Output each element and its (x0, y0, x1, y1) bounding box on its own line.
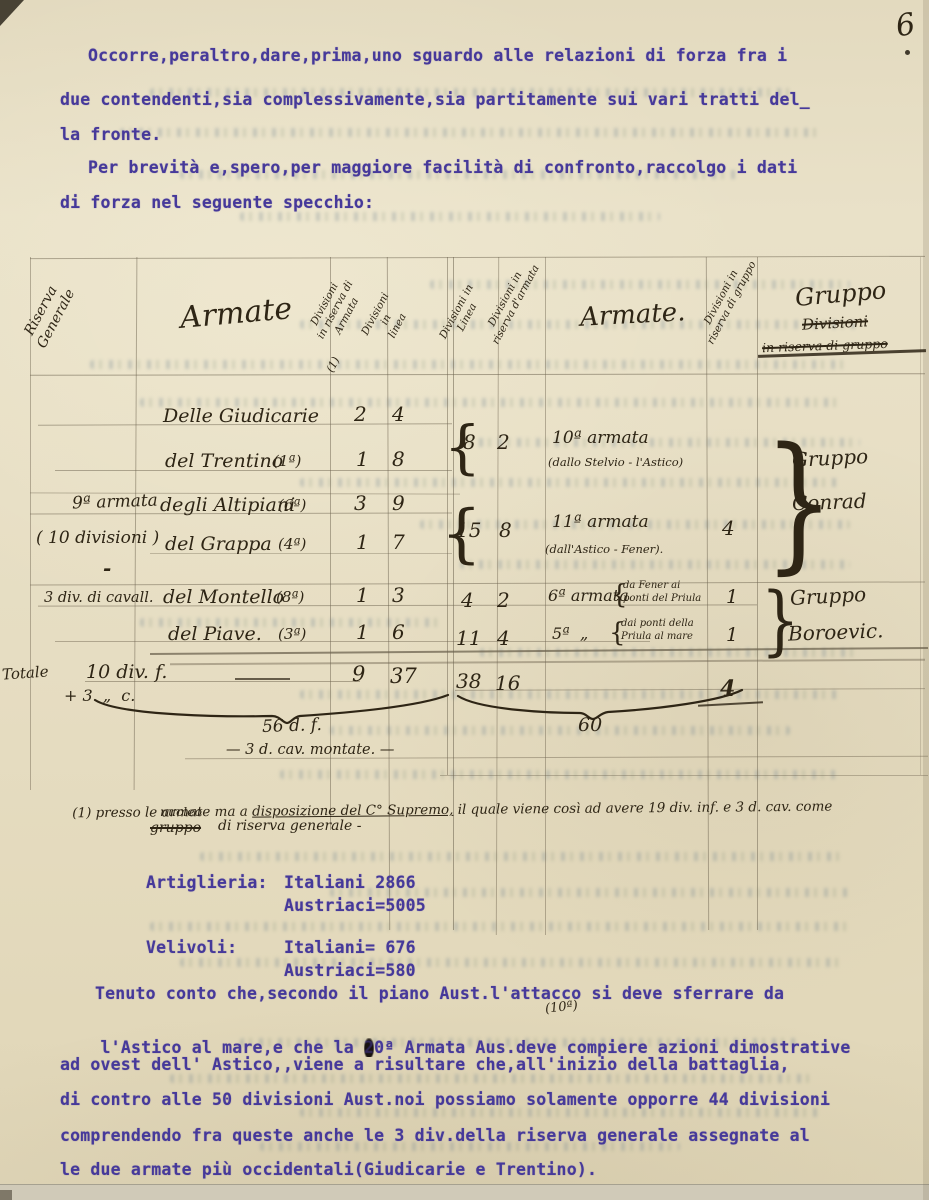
gruppo-conrad-line2: Conrad (792, 489, 867, 516)
table-line (545, 257, 546, 935)
au-armata-note: (dall'Astico - Fener). (545, 542, 663, 556)
riserva-armata9: 9ª armata (72, 491, 158, 514)
footnote-post: il quale viene così ad avere 19 div. inf… (453, 799, 832, 818)
header-divisioni-riserva-armata-it: Divisioni in riserva di Armata (304, 273, 367, 347)
au-armata-note: (dallo Stelvio - l'Astico) (548, 455, 683, 469)
totals-cavalleria: + 3 „ c. (64, 686, 135, 705)
au-ris: 8 (499, 518, 512, 542)
table-line (134, 257, 138, 790)
bleed-through-text (300, 690, 840, 699)
row-ord: (1ª) (273, 452, 301, 470)
totals-brace-it-note: — 3 d. cav. montate. — (226, 742, 394, 758)
riserva-dash: - (103, 556, 111, 580)
au-armata: 11ª armata (552, 512, 649, 532)
row-linea: 6 (392, 620, 405, 644)
table-line (440, 775, 928, 776)
header-divisioni-riserva-gruppo: Divisioni in riserva di gruppo (694, 254, 759, 347)
au-ris: 2 (497, 430, 510, 454)
au-armata: 10ª armata (552, 428, 649, 448)
au-ris: 4 (497, 626, 510, 650)
row-ris: 1 (356, 530, 369, 554)
intro-line-4: Per brevità e,spero,per maggiore facilit… (88, 158, 797, 177)
header-footnote-ref: (1) (325, 355, 344, 375)
row-armata: Delle Giudicarie (163, 405, 319, 427)
artiglieria-italiani: Italiani 2866 (284, 873, 416, 892)
bleed-through-text (180, 958, 840, 967)
header-divisioni-riserva-armata-au: Divisioni in riserva d'armata (479, 257, 542, 346)
au-linea: 15 (456, 518, 481, 542)
au-linea: 4 (461, 588, 474, 612)
bleed-through-text (120, 128, 820, 137)
bleed-through-text (300, 478, 840, 487)
footnote-struck-word: gruppo (150, 820, 201, 836)
intro-line-2: due contendenti,sia complessivamente,sia… (60, 90, 810, 109)
totals-label: Totale (1, 662, 49, 683)
row-linea: 4 (392, 402, 405, 426)
row-ris: 2 (354, 402, 367, 426)
row-linea: 7 (392, 530, 405, 554)
right-edge-shade (923, 0, 929, 1200)
header-gruppo-struck-divisioni: Divisioni (802, 312, 869, 333)
row-ord: (6ª) (278, 496, 306, 514)
bleed-through-text (90, 360, 850, 369)
header-divisioni-linea-it: Divisioni in linea (359, 291, 413, 349)
row-ris: 1 (356, 620, 369, 644)
bleed-through-text (430, 280, 850, 289)
bottom-scan-edge (0, 1184, 929, 1200)
au-gruppo-ris: 4 (722, 516, 735, 540)
totals-gruppo-ris: 4 (720, 676, 735, 702)
totals-fanteria: 10 div. f. (86, 661, 167, 683)
au-gruppo-ris: 1 (726, 624, 738, 646)
bottom-left-nub (0, 1190, 12, 1200)
bleed-through-text (330, 726, 790, 735)
totals-linea-it: 37 (390, 664, 417, 688)
row-ris: 1 (356, 583, 369, 607)
table-line (30, 373, 925, 376)
totals-linea-au: 38 (456, 669, 481, 693)
row-linea: 8 (392, 447, 405, 471)
au-armata: 5ª „ (552, 624, 588, 643)
gruppo-boroevic-line2: Boroevic. (788, 618, 884, 645)
row-armata: del Piave. (168, 623, 262, 645)
corner-shadow (0, 0, 24, 26)
row-ord: (4ª) (278, 535, 306, 553)
velivoli-austriaci: Austriaci=580 (284, 961, 416, 980)
totals-brace-au-label: 60 (578, 714, 602, 736)
row-armata: degli Altipiani (160, 494, 295, 516)
row-armata: del Montello (163, 586, 284, 608)
table-line (30, 256, 925, 259)
page-number: 6 (893, 7, 918, 45)
closing-line-4: di contro alle 50 divisioni Aust.noi pos… (60, 1090, 830, 1109)
row-ris: 3 (354, 491, 367, 515)
au-linea: 11 (456, 626, 481, 650)
au-armata-note: dai ponti della Priula al mare (621, 618, 694, 643)
totals-ris-it: 9 (352, 662, 365, 686)
bleed-through-text (200, 852, 840, 861)
table-line (170, 659, 925, 666)
au-linea: 8 (463, 430, 476, 454)
bleed-through-text (150, 922, 850, 931)
closing-line-1: Tenuto conto che,secondo il piano Aust.l… (95, 984, 784, 1003)
document-page: 6 Occorre,peraltro,dare,prima,uno sguard… (0, 0, 929, 1200)
closing-annotation: (10ª) (544, 998, 578, 1016)
closing-line-5: comprendendo fra queste anche le 3 div.d… (60, 1126, 810, 1145)
riserva-cavalleria: 3 div. di cavall. (44, 590, 153, 606)
gruppo-boroevic-line1: Gruppo (789, 582, 866, 610)
velivoli-label: Velivoli: (146, 938, 237, 957)
table-footnote-line2: di riserva generale - (218, 818, 361, 834)
ink-dot (905, 50, 910, 55)
riserva-armata9-note: ( 10 divisioni ) (36, 528, 159, 548)
header-armate-italiane: Armate (179, 291, 294, 336)
bleed-through-text (240, 212, 660, 221)
header-armate-austriache: Armate. (579, 297, 686, 332)
row-ord: (3ª) (278, 625, 306, 643)
row-armata: del Trentino (165, 450, 283, 472)
header-divisioni-linea-au: Divisioni in Linea (437, 282, 487, 346)
footnote-underlined: disposizione del C° Supremo, (252, 802, 453, 820)
closing-line-6: le due armate più occidentali(Giudicarie… (60, 1160, 597, 1179)
row-linea: 9 (392, 491, 405, 515)
bleed-through-text (300, 1108, 820, 1117)
velivoli-italiani: Italiani= 676 (284, 938, 416, 957)
artiglieria-austriaci: Austriaci=5005 (284, 896, 426, 915)
totals-brace-it-label: 56 d. f. (262, 715, 322, 737)
totals-ris-au: 16 (495, 671, 520, 695)
header-riserva-generale: Riserva Generale (19, 279, 78, 352)
au-armata-note: da Fener ai ponti del Priula (623, 580, 701, 605)
intro-line-5: di forza nel seguente specchio: (60, 193, 374, 212)
au-gruppo-ris: 1 (726, 586, 738, 608)
row-armata: del Grappa (165, 533, 272, 555)
footnote-inserted-word: nucleo (160, 804, 202, 819)
intro-line-3: la fronte. (60, 125, 161, 144)
intro-line-1: Occorre,peraltro,dare,prima,uno sguardo … (88, 46, 787, 65)
row-ord: (8ª) (276, 588, 304, 606)
row-ris: 1 (356, 447, 369, 471)
closing-line-3: ad ovest dell' Astico,,viene a risultare… (60, 1055, 790, 1074)
row-linea: 3 (392, 583, 405, 607)
table-line (920, 257, 921, 775)
totals-dash (235, 678, 290, 680)
gruppo-conrad-line1: Gruppo (791, 444, 868, 472)
artiglieria-label: Artiglieria: (146, 873, 268, 892)
au-ris: 2 (497, 588, 510, 612)
